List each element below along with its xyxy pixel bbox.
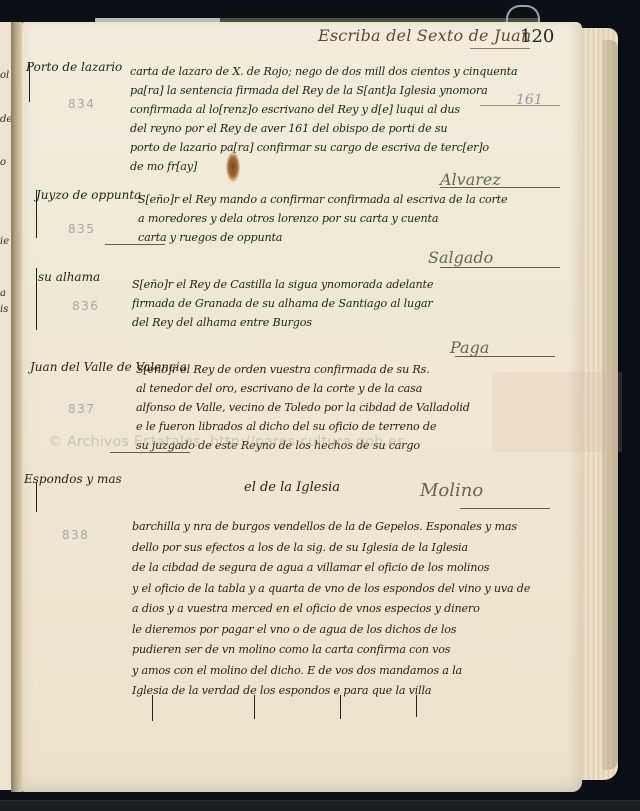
scribe-name: Salgado — [428, 248, 493, 267]
text-line: Iglesia de la verdad de los espondos e p… — [132, 681, 530, 702]
entry-rule — [440, 187, 560, 188]
entry-rule — [440, 267, 560, 268]
text-line: S[eño]r el Rey mando a confirmar confirm… — [138, 190, 507, 209]
entry-text: S[eño]r el Rey de Castilla la sigua ynom… — [132, 275, 433, 332]
entry-number: 838 — [62, 528, 89, 542]
descender-stroke — [254, 695, 255, 719]
descender-stroke — [152, 695, 153, 721]
entry-rule — [105, 244, 165, 245]
entry-text: carta de lazaro de X. de Rojo; nego de d… — [130, 62, 517, 157]
scan-bottom-bar — [0, 800, 640, 811]
scribe-name: Molino — [420, 480, 483, 501]
header-rule — [470, 48, 530, 49]
entry-number: 835 — [68, 222, 95, 236]
entry-marginal-title: Juyzo de oppunta — [36, 188, 141, 202]
text-line: y amos con el molino del dicho. E de vos… — [132, 661, 530, 682]
page-header-title: Escriba del Sexto de Juan — [318, 26, 531, 45]
left-page-fragment: a — [0, 288, 6, 299]
entry-number: 834 — [68, 97, 95, 111]
descender-stroke — [340, 695, 341, 719]
marginal-stroke — [36, 268, 37, 330]
text-line: de la cibdad de segura de agua a villama… — [132, 558, 530, 579]
text-line: carta de lazaro de X. de Rojo; nego de d… — [130, 62, 517, 81]
text-line: a moredores y dela otros lorenzo por su … — [138, 209, 507, 228]
text-line: carta y ruegos de oppunta — [138, 228, 507, 247]
entry-marginal-title: Porto de lazario — [26, 60, 122, 74]
document-viewer: ol de o ie a is Escriba del Sexto de Jua… — [0, 0, 640, 811]
text-line: S[eño]r el Rey de Castilla la sigua ynom… — [132, 275, 433, 294]
entry-marginal-title: su alhama — [38, 270, 100, 284]
text-line: a dios y a vuestra merced en el oficio d… — [132, 599, 530, 620]
entry-rule — [110, 452, 190, 453]
marginal-stroke — [36, 482, 37, 512]
text-line: confirmada al lo[renz]o escrivano del Re… — [130, 100, 517, 119]
entry-number: 837 — [68, 402, 95, 416]
text-line: al tenedor del oro, escrivano de la cort… — [136, 379, 470, 398]
stain-tint — [492, 372, 622, 452]
text-line: pudieren ser de vn molino como la carta … — [132, 640, 530, 661]
text-line: y el oficio de la tabla y a quarta de vn… — [132, 579, 530, 600]
entry-text: S[eño]r el Rey mando a confirmar confirm… — [138, 190, 507, 247]
scribe-name: Paga — [450, 338, 489, 357]
archive-watermark: © Archivos Estatales, http://pares.cultu… — [48, 434, 405, 450]
left-page-fragment: ie — [0, 236, 9, 247]
entry-text: barchilla y nra de burgos vendellos de l… — [132, 517, 530, 702]
text-line: S[eño]r el Rey de orden vuestra confirma… — [136, 360, 470, 379]
text-line: dello por sus efectos a los de la sig. d… — [132, 538, 530, 559]
entry-rule — [460, 508, 550, 509]
entry-marginal-title: Espondos y mas — [24, 472, 122, 486]
marginal-stroke — [36, 190, 37, 238]
text-line: del Rey del alhama entre Burgos — [132, 313, 433, 332]
left-page-fragment: ol — [0, 70, 9, 81]
text-line: firmada de Granada de su alhama de Santi… — [132, 294, 433, 313]
entry-text-tail: de mo fr[ay] — [130, 157, 197, 176]
left-page-fragment: is — [0, 304, 8, 315]
entry-heading: el de la Iglesia — [244, 480, 340, 495]
marginal-stroke — [29, 62, 30, 102]
left-page-fragment: o — [0, 157, 6, 168]
text-line: le dieremos por pagar el vno o de agua d… — [132, 620, 530, 641]
folio-number: 120 — [520, 26, 554, 47]
text-line: porto de lazario pa[ra] confirmar su car… — [130, 138, 517, 157]
text-line: del reyno por el Rey de aver 161 del obi… — [130, 119, 517, 138]
book-gutter — [11, 22, 22, 792]
text-line: barchilla y nra de burgos vendellos de l… — [132, 517, 530, 538]
descender-stroke — [416, 695, 417, 717]
text-line: pa[ra] la sentencia firmada del Rey de l… — [130, 81, 517, 100]
text-line: de mo fr[ay] — [130, 157, 197, 176]
text-line: alfonso de Valle, vecino de Toledo por l… — [136, 398, 470, 417]
entry-rule — [455, 356, 555, 357]
entry-number: 836 — [72, 299, 99, 313]
